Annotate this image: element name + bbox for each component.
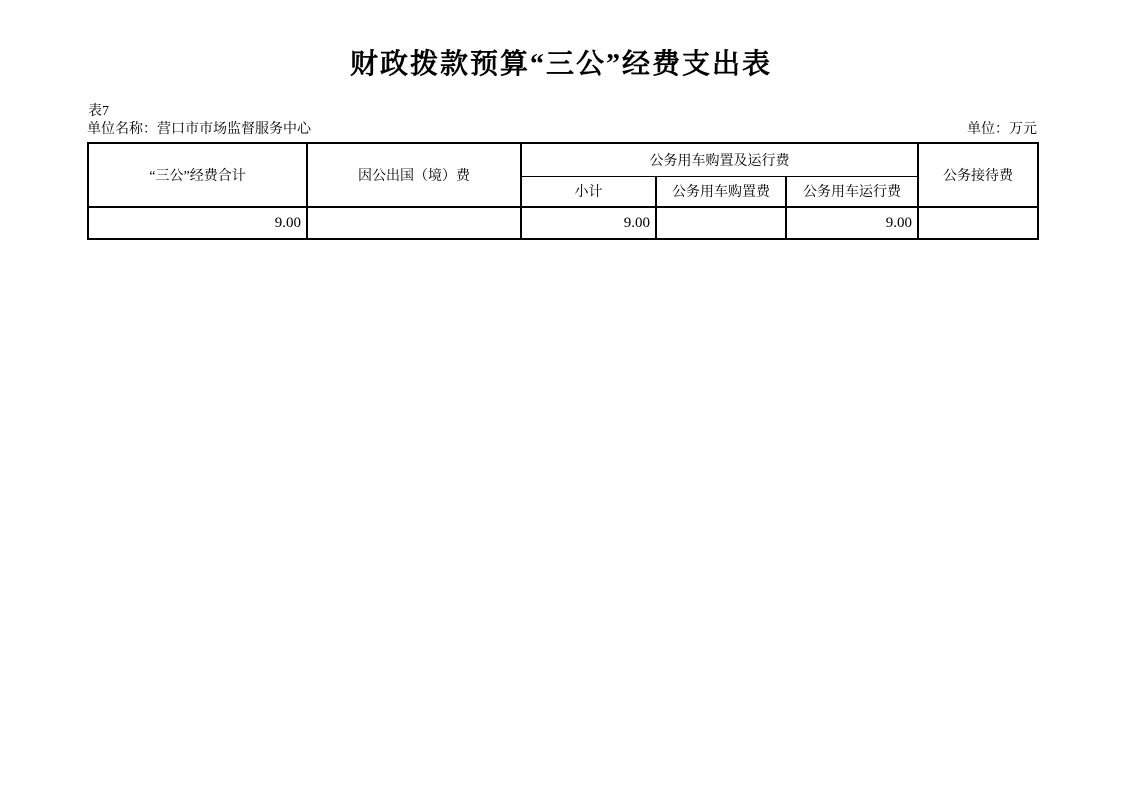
col-header-vehicle-group: 公务用车购置及运行费 [521, 143, 918, 176]
col-header-three-public-total: “三公”经费合计 [88, 143, 307, 207]
table-row: 9.00 9.00 9.00 [88, 207, 1038, 239]
col-header-vehicle-purchase: 公务用车购置费 [656, 176, 786, 207]
col-header-vehicle-subtotal: 小计 [521, 176, 656, 207]
currency-unit-label: 单位：万元 [967, 121, 1037, 139]
table-number-label: 表7 [88, 103, 109, 121]
col-header-vehicle-operation: 公务用车运行费 [786, 176, 918, 207]
col-header-reception-fee: 公务接待费 [918, 143, 1038, 207]
document-page: 财政拨款预算“三公”经费支出表 表7 单位名称：营口市市场监督服务中心 单位：万… [0, 0, 1122, 793]
page-title: 财政拨款预算“三公”经费支出表 [0, 42, 1122, 82]
cell-vehicle-subtotal: 9.00 [521, 207, 656, 239]
cell-abroad-fee [307, 207, 521, 239]
three-public-expense-table: “三公”经费合计 因公出国（境）费 公务用车购置及运行费 公务接待费 小计 公务… [87, 142, 1039, 240]
cell-reception-fee [918, 207, 1038, 239]
cell-three-public-total: 9.00 [88, 207, 307, 239]
cell-vehicle-purchase [656, 207, 786, 239]
col-header-abroad-fee: 因公出国（境）费 [307, 143, 521, 207]
cell-vehicle-operation: 9.00 [786, 207, 918, 239]
table-meta-row: 单位名称：营口市市场监督服务中心 单位：万元 [87, 121, 1037, 139]
unit-name-label: 单位名称：营口市市场监督服务中心 [87, 121, 311, 139]
